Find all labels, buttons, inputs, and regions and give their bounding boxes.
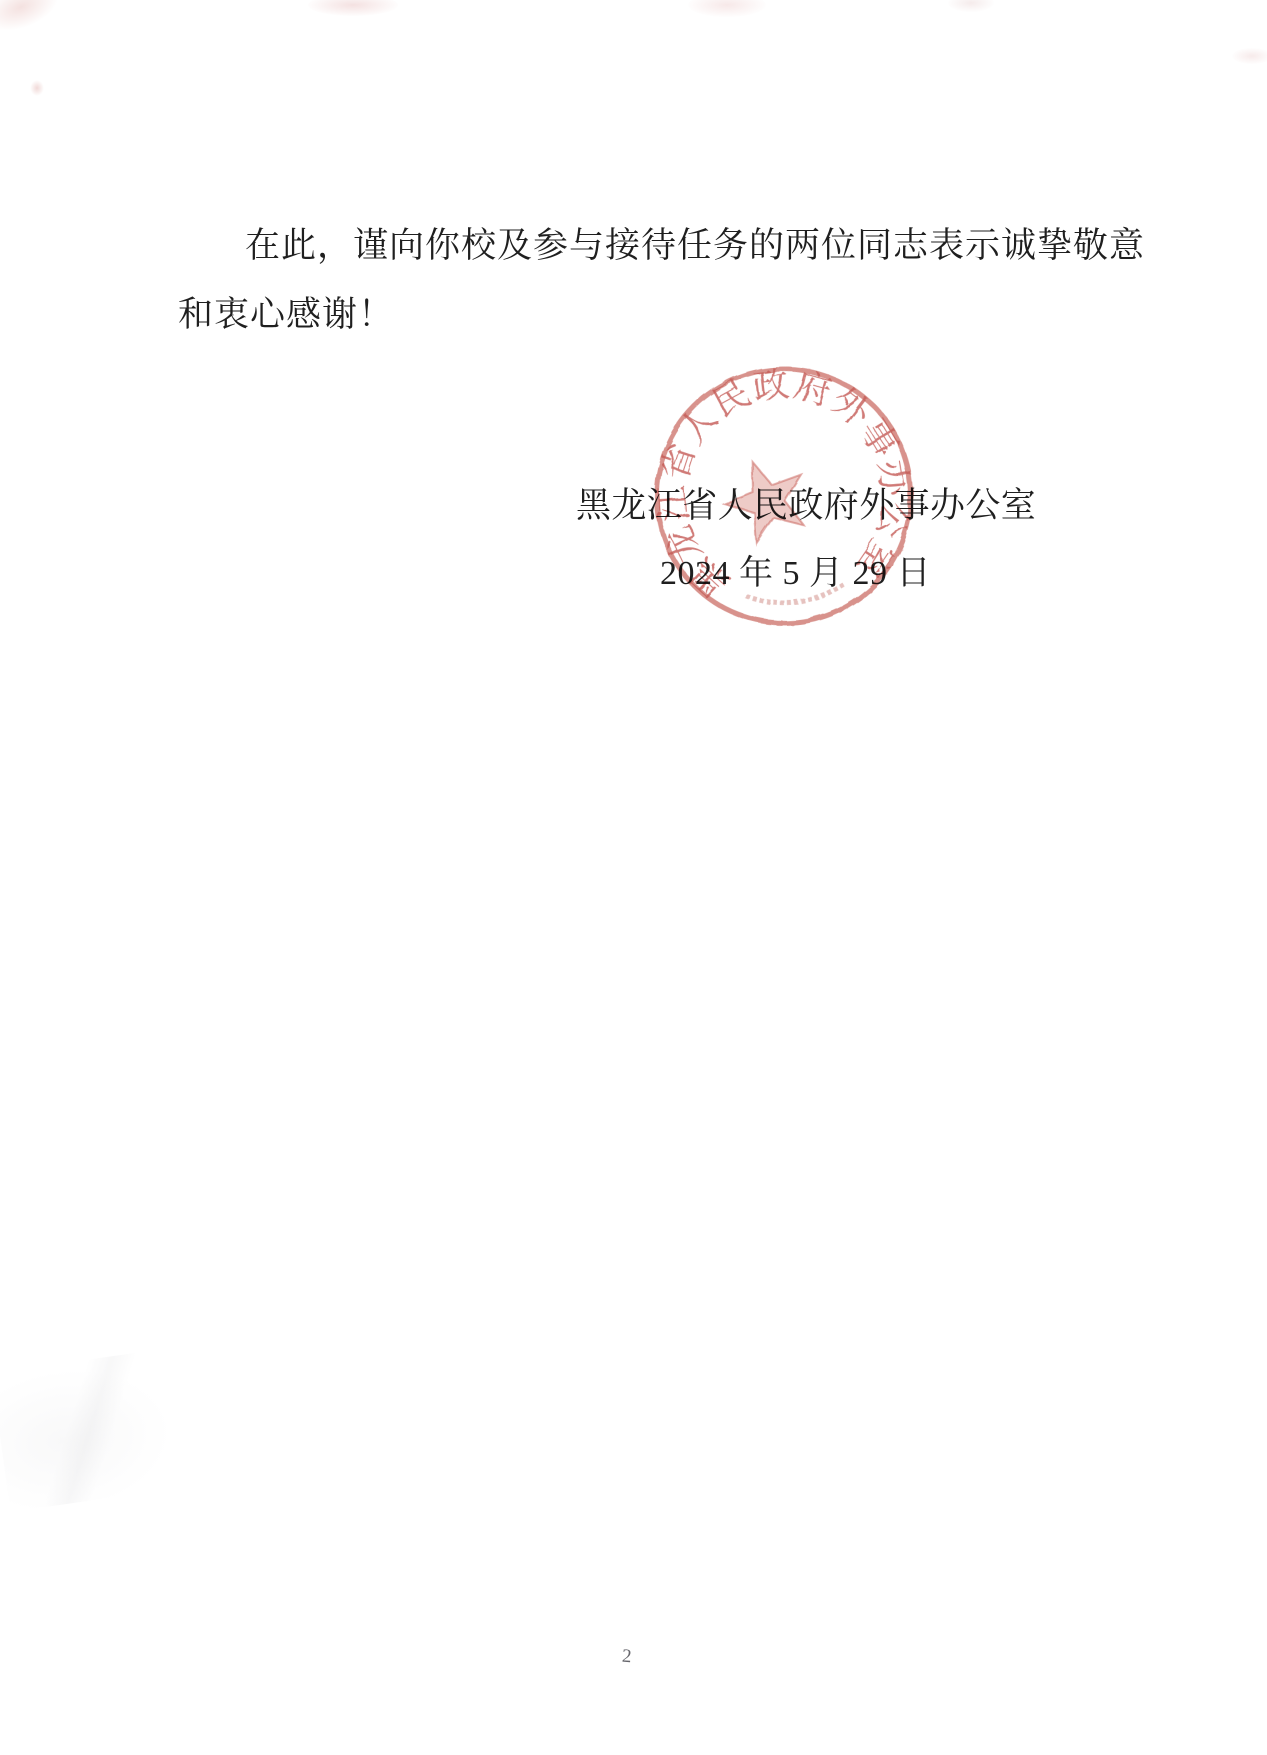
scan-smudge [30, 80, 44, 96]
scan-smudge [688, 0, 766, 17]
signature-org-name: 黑龙江省人民政府外事办公室 [576, 478, 1036, 528]
scan-smudge [0, 0, 65, 40]
scan-smudge [948, 0, 994, 12]
scan-smudge [1232, 48, 1267, 64]
paper-crease [0, 1348, 189, 1512]
scanned-letter-page: 在此，谨向你校及参与接待任务的两位同志表示诚挚敬意 和衷心感谢！ 黑龙江省人民政… [0, 0, 1267, 1755]
paragraph-line-2: 和衷心感谢！ [178, 287, 394, 337]
paragraph-line-1: 在此，谨向你校及参与接待任务的两位同志表示诚挚敬意 [245, 218, 1145, 268]
page-number: 2 [621, 1646, 632, 1669]
scan-smudge [308, 0, 398, 16]
signature-date: 2024 年 5 月 29 日 [660, 545, 931, 594]
